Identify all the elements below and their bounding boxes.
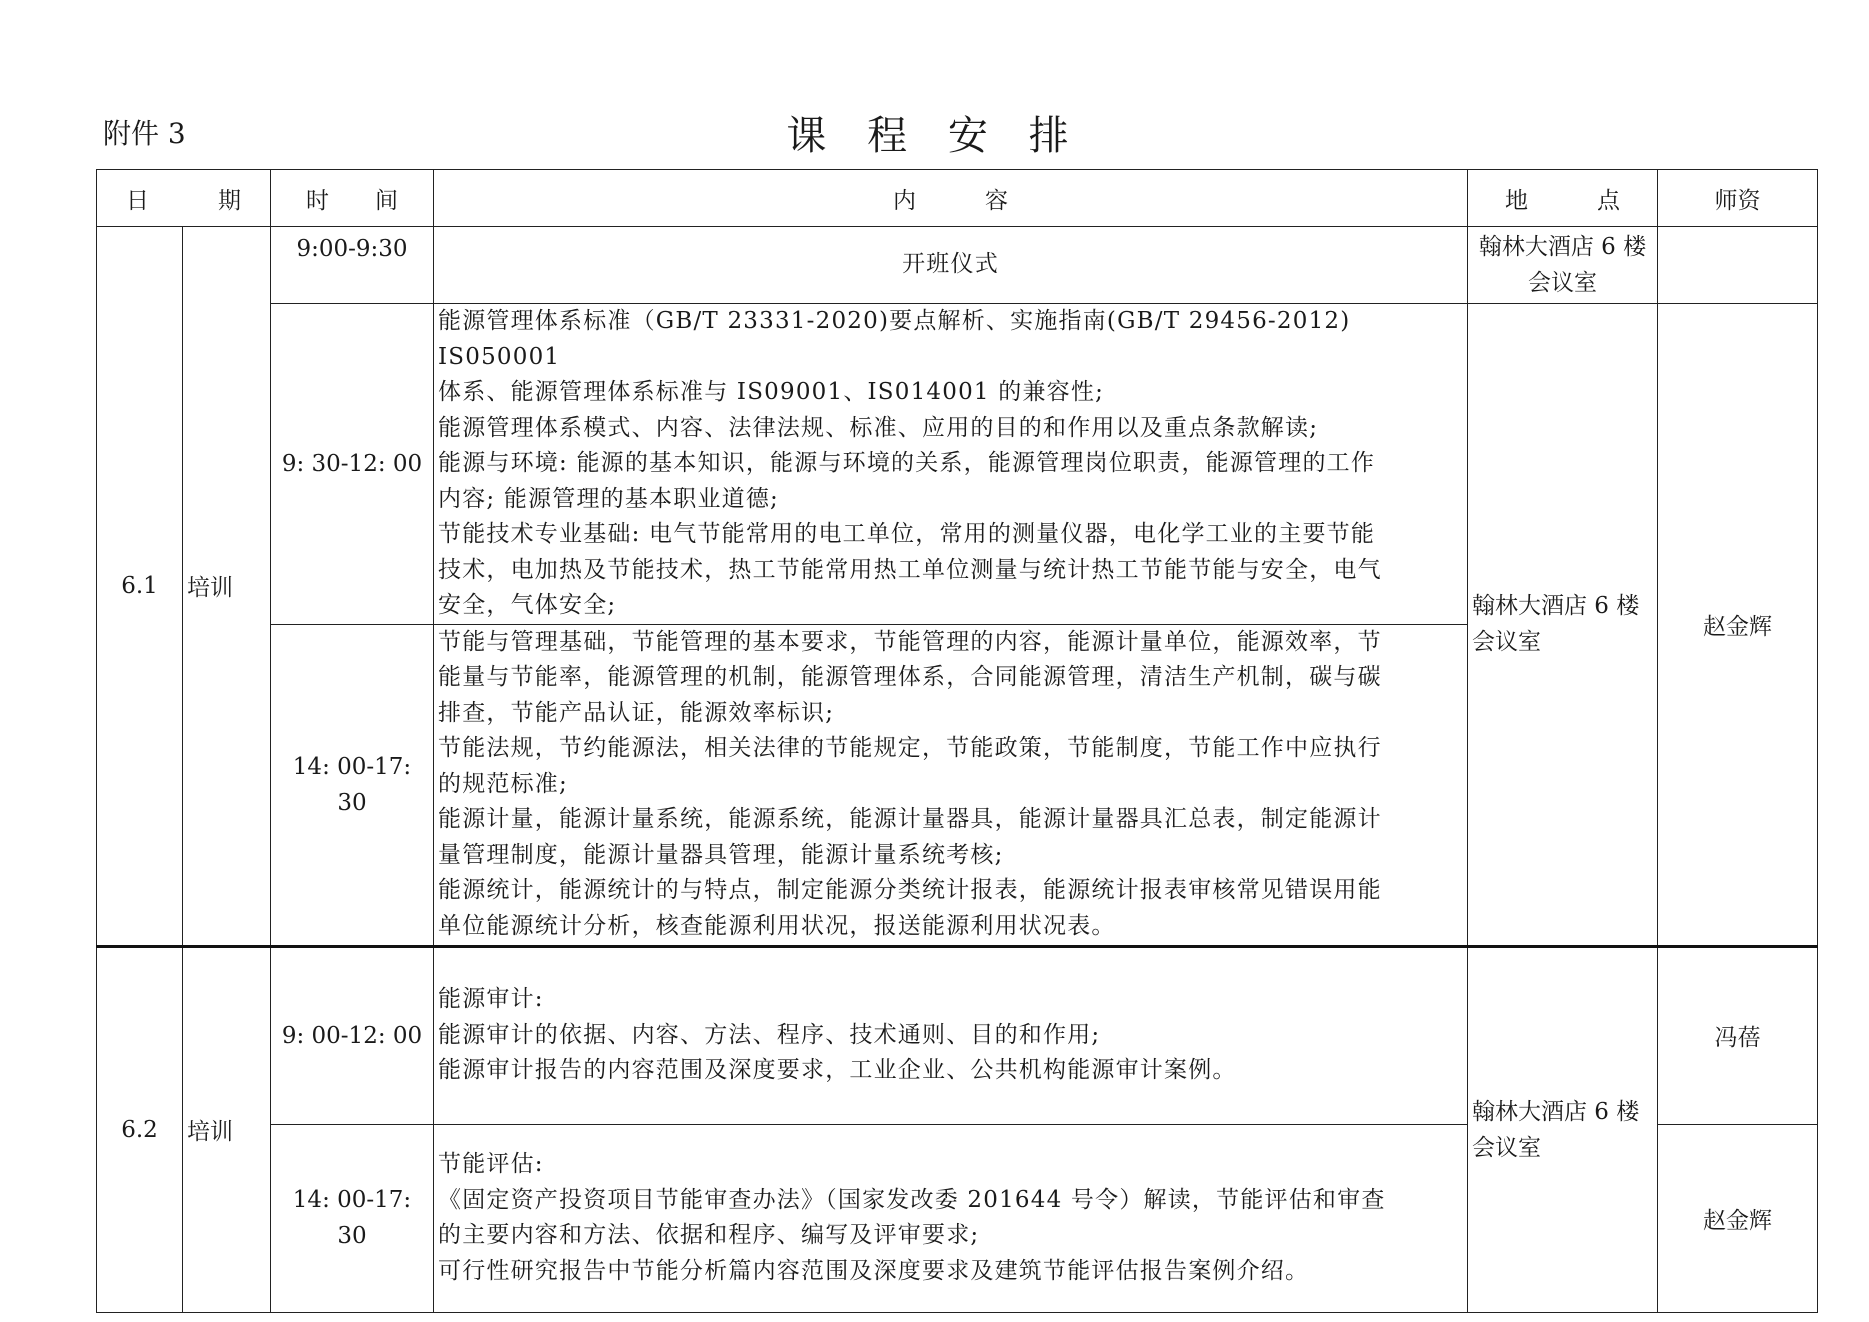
day-date: 6.2 bbox=[97, 946, 183, 1312]
session-content: 能源审计: 能源审计的依据、内容、方法、程序、技术通则、目的和作用; 能源审计报… bbox=[434, 946, 1468, 1124]
page-title: 课 程 安 排 bbox=[0, 104, 1869, 161]
table-row: 6.1 培训 9:00-9:30 开班仪式 翰林大酒店 6 楼会议室 bbox=[97, 227, 1818, 304]
content-line: 开班仪式 bbox=[902, 251, 999, 277]
session-location: 翰林大酒店 6 楼会议室 bbox=[1468, 227, 1658, 304]
content-line: 体系、能源管理体系标准与 IS09001、IS014001 的兼容性; bbox=[438, 375, 1463, 411]
content-line: 量管理制度，能源计量器具管理，能源计量系统考核; bbox=[438, 838, 1463, 874]
content-line: 能源审计的依据、内容、方法、程序、技术通则、目的和作用; bbox=[438, 1018, 1463, 1054]
content-line: 《固定资产投资项目节能审查办法》（国家发改委 201644 号令）解读，节能评估… bbox=[438, 1183, 1463, 1219]
day-location: 翰林大酒店 6 楼会议室 bbox=[1468, 946, 1658, 1312]
content-line: 能源审计报告的内容范围及深度要求，工业企业、公共机构能源审计案例。 bbox=[438, 1053, 1463, 1089]
content-line: 的主要内容和方法、依据和程序、编写及评审要求; bbox=[438, 1218, 1463, 1254]
session-time: 14: 00-17: 30 bbox=[271, 624, 434, 946]
header-time: 时 间 bbox=[271, 170, 434, 227]
content-line: 节能技术专业基础: 电气节能常用的电工单位，常用的测量仪器，电化学工业的主要节能 bbox=[438, 517, 1463, 553]
day-type: 培训 bbox=[183, 227, 271, 947]
header-location: 地 点 bbox=[1468, 170, 1658, 227]
content-line: 节能评估: bbox=[438, 1147, 1463, 1183]
content-line: 技术，电加热及节能技术，热工节能常用热工单位测量与统计热工节能节能与安全，电气 bbox=[438, 553, 1463, 589]
day-location: 翰林大酒店 6 楼会议室 bbox=[1468, 304, 1658, 947]
day-type: 培训 bbox=[183, 946, 271, 1312]
session-teacher: 冯蓓 bbox=[1658, 946, 1818, 1124]
content-line: 可行性研究报告中节能分析篇内容范围及深度要求及建筑节能评估报告案例介绍。 bbox=[438, 1254, 1463, 1290]
session-content: 开班仪式 bbox=[434, 227, 1468, 304]
session-content: 节能评估: 《固定资产投资项目节能审查办法》（国家发改委 201644 号令）解… bbox=[434, 1124, 1468, 1312]
content-line: 节能法规，节约能源法，相关法律的节能规定，节能政策，节能制度，节能工作中应执行 bbox=[438, 731, 1463, 767]
content-line: 能源计量，能源计量系统，能源系统，能源计量器具，能源计量器具汇总表，制定能源计 bbox=[438, 802, 1463, 838]
content-line: 能源与环境: 能源的基本知识，能源与环境的关系，能源管理岗位职责，能源管理的工作 bbox=[438, 446, 1463, 482]
session-teacher: 赵金辉 bbox=[1658, 1124, 1818, 1312]
session-time: 9: 00-12: 00 bbox=[271, 946, 434, 1124]
header-row: 日 期 时 间 内 容 地 点 师资 bbox=[97, 170, 1818, 227]
content-line: 节能与管理基础，节能管理的基本要求，节能管理的内容，能源计量单位，能源效率，节 bbox=[438, 625, 1463, 661]
content-line: 能源统计，能源统计的与特点，制定能源分类统计报表，能源统计报表审核常见错误用能 bbox=[438, 873, 1463, 909]
content-line: 能量与节能率，能源管理的机制，能源管理体系，合同能源管理，清洁生产机制，碳与碳 bbox=[438, 660, 1463, 696]
session-time: 9: 30-12: 00 bbox=[271, 304, 434, 625]
day-date: 6.1 bbox=[97, 227, 183, 947]
content-line: 内容; 能源管理的基本职业道德; bbox=[438, 482, 1463, 518]
table-row: 9: 30-12: 00 能源管理体系标准（GB/T 23331-2020)要点… bbox=[97, 304, 1818, 625]
session-time: 9:00-9:30 bbox=[271, 227, 434, 304]
content-line: 能源审计: bbox=[438, 982, 1463, 1018]
content-line: 能源管理体系标准（GB/T 23331-2020)要点解析、实施指南(GB/T … bbox=[438, 304, 1463, 375]
content-line: 的规范标准; bbox=[438, 767, 1463, 803]
header-teacher: 师资 bbox=[1658, 170, 1818, 227]
session-content: 节能与管理基础，节能管理的基本要求，节能管理的内容，能源计量单位，能源效率，节 … bbox=[434, 624, 1468, 946]
content-line: 能源管理体系模式、内容、法律法规、标准、应用的目的和作用以及重点条款解读; bbox=[438, 411, 1463, 447]
header-date: 日 期 bbox=[97, 170, 271, 227]
day-teacher: 赵金辉 bbox=[1658, 304, 1818, 947]
session-time: 14: 00-17: 30 bbox=[271, 1124, 434, 1312]
session-content: 能源管理体系标准（GB/T 23331-2020)要点解析、实施指南(GB/T … bbox=[434, 304, 1468, 625]
content-line: 排查，节能产品认证，能源效率标识; bbox=[438, 696, 1463, 732]
table-row: 6.2 培训 9: 00-12: 00 能源审计: 能源审计的依据、内容、方法、… bbox=[97, 946, 1818, 1124]
content-line: 安全，气体安全; bbox=[438, 588, 1463, 624]
content-line: 单位能源统计分析，核查能源利用状况，报送能源利用状况表。 bbox=[438, 909, 1463, 945]
session-teacher bbox=[1658, 227, 1818, 304]
schedule-table: 日 期 时 间 内 容 地 点 师资 6.1 培训 9:00-9:30 开班仪式… bbox=[96, 169, 1818, 1313]
header-content: 内 容 bbox=[434, 170, 1468, 227]
